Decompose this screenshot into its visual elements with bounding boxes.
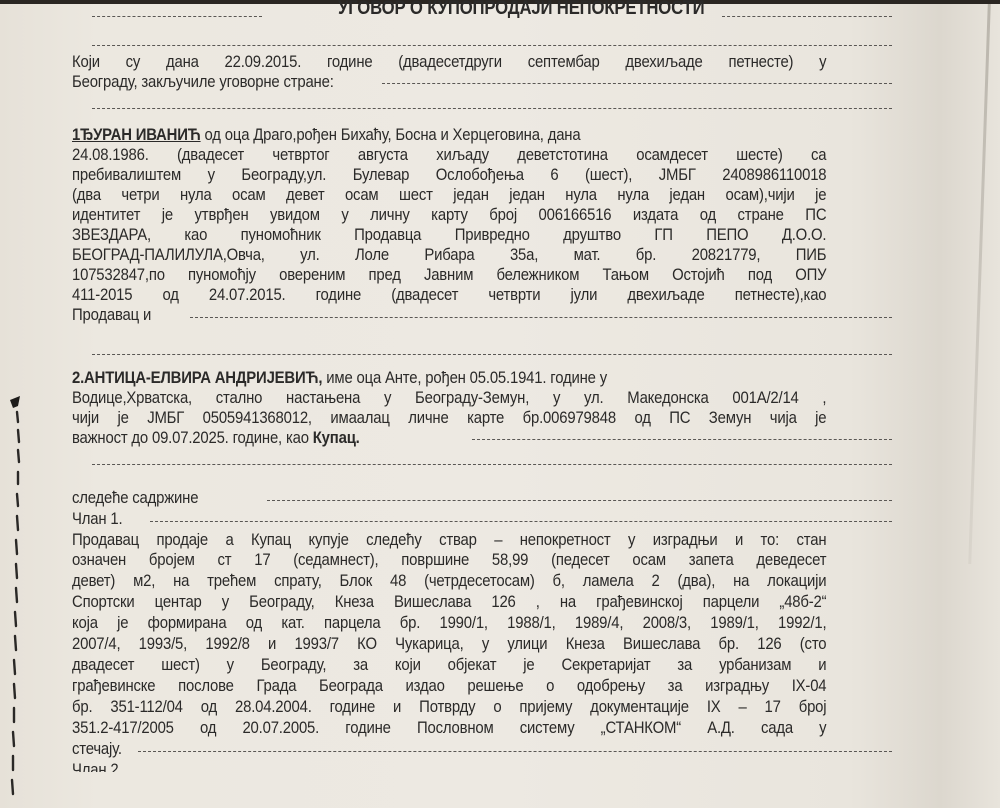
party1-line-6: ЗВЕЗДАРА, као пуномоћник Продавца Привре… [72, 225, 826, 245]
party2-line-4: важност до 09.07.2025. године, као Купац… [72, 428, 826, 448]
article1-heading: Члан 1. [72, 509, 826, 529]
dashed-rule [267, 500, 892, 501]
article1-line-1: Продавац продаје а Купац купује следећу … [72, 530, 826, 550]
document-page: УГОВОР О КУПОПРОДАЈИ НЕПОКРЕТНОСТИ Који … [0, 4, 1000, 808]
party1-line-1: 1ЂУРАН ИВАНИЋ од оца Драго,рођен Бихаћу,… [72, 125, 826, 145]
dashed-rule [138, 751, 892, 752]
article1-line-5: која је формирана од кат. парцела бр. 19… [72, 613, 826, 633]
dashed-rule [190, 317, 892, 318]
party1-line-5: идентитет је утврђен увидом у личну карт… [72, 205, 826, 225]
binding-thread-icon [4, 394, 28, 808]
dashed-rule [92, 354, 892, 355]
party2-name: 2.АНТИЦА-ЕЛВИРА АНДРИЈЕВИЋ, [72, 369, 322, 387]
article1-line-4: Спортски центар у Београду, Кнеза Вишесл… [72, 592, 826, 612]
party1-line-7: БЕОГРАД-ПАЛИЛУЛА,Овча, ул. Лоле Рибара 3… [72, 245, 826, 265]
article1-line-11: стечају. [72, 739, 826, 759]
page-fold-shadow [968, 4, 991, 564]
intro-line-1: Који су дана 22.09.2015. године (двадесе… [72, 52, 826, 72]
content-label: следеће садржине [72, 488, 826, 508]
article1-line-8: грађевинске послове Града Београда издао… [72, 676, 826, 696]
intro-line-2: Београду, закључиле уговорне стране: [72, 72, 826, 92]
dashed-rule [92, 16, 262, 17]
party2-line-3: чији је ЈМБГ 0505941368012, имаалац личн… [72, 408, 826, 428]
article1-line-2: означен бројем ст 17 (седамнест), површи… [72, 550, 826, 570]
party1-line-9: 411-2015 од 24.07.2015. године (двадесет… [72, 285, 826, 305]
party1-line-2: 24.08.1986. (двадесет четвртог августа х… [72, 145, 826, 165]
party1-line-4: (два четри нула осам девет осам шест јед… [72, 185, 826, 205]
document-title: УГОВОР О КУПОПРОДАЈИ НЕПОКРЕТНОСТИ [338, 0, 704, 20]
article1-line-6: 2007/4, 1993/5, 1992/8 и 1993/7 КО Чукар… [72, 634, 826, 654]
article1-line-9: бр. 351-112/04 од 28.04.2004. године и П… [72, 697, 826, 717]
party1-name: 1ЂУРАН ИВАНИЋ [72, 126, 201, 144]
party2-line-2: Водице,Хрватска, стално настањена у Беог… [72, 388, 826, 408]
party1-role: Продавац и [72, 305, 826, 325]
dashed-rule [150, 521, 892, 522]
party2-line-1: 2.АНТИЦА-ЕЛВИРА АНДРИЈЕВИЋ, име оца Анте… [72, 368, 826, 388]
article2-heading: Члан 2. [72, 760, 826, 780]
article1-line-3: девет) м2, на трећем спрату, Блок 48 (че… [72, 571, 826, 591]
article1-line-7: двадесет шест) у Београду, за који објек… [72, 655, 826, 675]
party1-line-3: пребивалиштем у Београду,ул. Булевар Осл… [72, 165, 826, 185]
dashed-rule [92, 45, 892, 46]
party2-role: Купац. [313, 429, 360, 447]
dashed-rule [382, 83, 892, 84]
article1-line-10: 351.2-417/2005 од 20.07.2005. године Пос… [72, 718, 826, 738]
dashed-rule [472, 439, 892, 440]
dashed-rule [722, 16, 892, 17]
dashed-rule [92, 464, 892, 465]
party1-line-8: 107532847,по пуномоћју овереним пред Јав… [72, 265, 826, 285]
dashed-rule [92, 108, 892, 109]
